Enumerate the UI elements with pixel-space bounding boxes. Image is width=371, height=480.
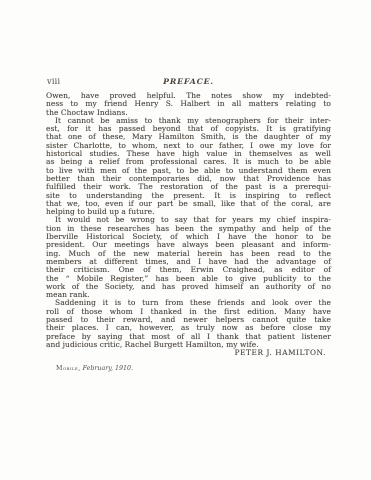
page-content: viii PREFACE. Owen, have proved helpful.… bbox=[46, 77, 331, 372]
book-page: viii PREFACE. Owen, have proved helpful.… bbox=[0, 0, 371, 480]
text-block: Owen, have proved helpful. The notes sho… bbox=[46, 92, 331, 349]
page-title: PREFACE. bbox=[46, 77, 331, 87]
dateline-place: Mobile, bbox=[56, 365, 81, 372]
dateline: Mobile, February, 1910. bbox=[46, 365, 331, 372]
dateline-date: February, 1910. bbox=[83, 365, 133, 372]
running-head: viii PREFACE. bbox=[46, 77, 331, 87]
page-number: viii bbox=[47, 77, 60, 87]
author-signature: PETER J. HAMILTON. bbox=[46, 349, 331, 357]
